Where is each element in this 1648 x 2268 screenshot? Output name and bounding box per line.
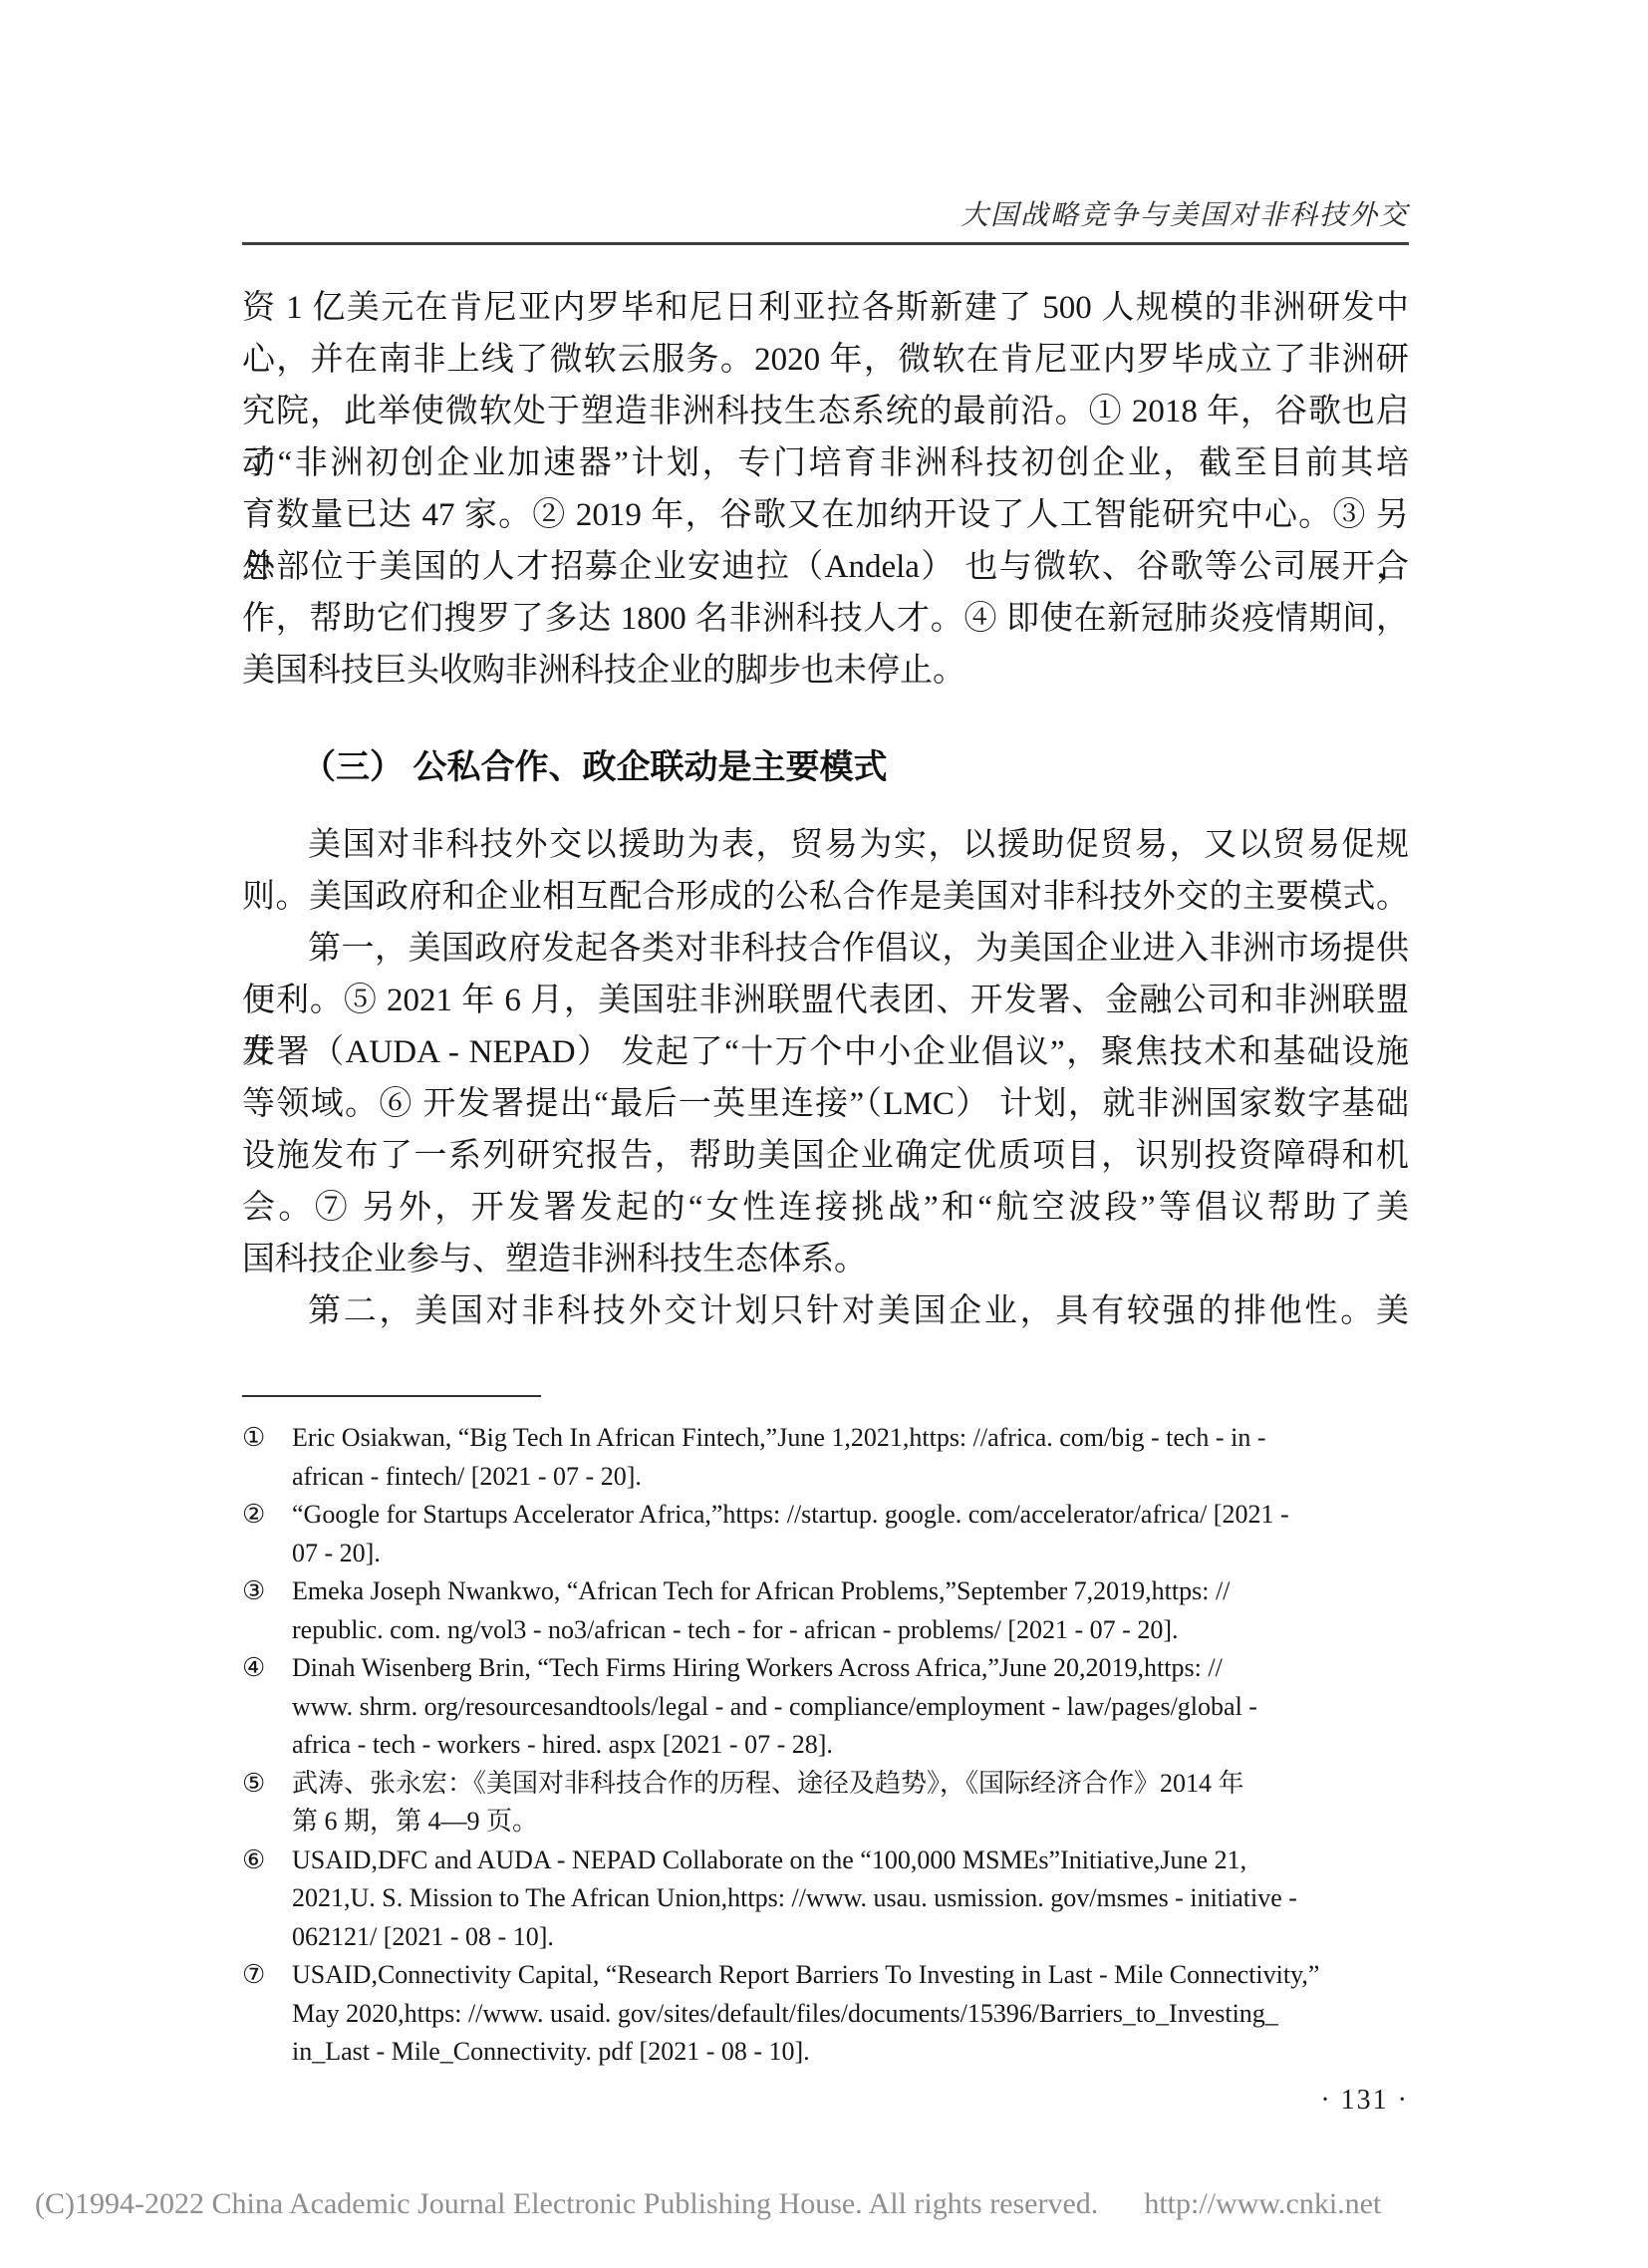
footnote-line: May 2020,https: //www. usaid. gov/sites/… [292,1995,1409,2034]
footnote: ③ Emeka Joseph Nwankwo, “African Tech fo… [242,1572,1409,1649]
header-divider [242,242,1409,245]
footnote-line: USAID,DFC and AUDA - NEPAD Collaborate o… [292,1842,1409,1880]
footnote-line: USAID,Connectivity Capital, “Research Re… [292,1956,1409,1995]
footnote: ② “Google for Startups Accelerator Afric… [242,1496,1409,1572]
footnote: ④ Dinah Wisenberg Brin, “Tech Firms Hiri… [242,1649,1409,1765]
body-line: 美国科技巨头收购非洲科技企业的脚步也未停止。 [242,645,1409,697]
body-line: 便利。⑤ 2021 年 6 月，美国驻非洲联盟代表团、开发署、金融公司和非洲联盟… [242,975,1409,1026]
footnote-marker: ⑦ [242,1956,265,1995]
footnote-marker: ③ [242,1572,265,1611]
footnote-marker: ④ [242,1649,265,1688]
copyright-text: (C)1994-2022 China Academic Journal Elec… [35,2187,1098,2220]
footnote-line: www. shrm. org/resourcesandtools/legal -… [292,1688,1409,1727]
footnote-line: Dinah Wisenberg Brin, “Tech Firms Hiring… [292,1649,1409,1688]
footnote-line: 武涛、张永宏：《美国对非科技合作的历程、途径及趋势》，《国际经济合作》2014 … [292,1765,1409,1804]
body-line: 发署（AUDA - NEPAD） 发起了“十万个中小企业倡议”，聚焦技术和基础设… [242,1026,1409,1078]
footnote: ⑦ USAID,Connectivity Capital, “Research … [242,1956,1409,2072]
footnote-line: Eric Osiakwan, “Big Tech In African Fint… [292,1419,1409,1458]
footnote: ① Eric Osiakwan, “Big Tech In African Fi… [242,1419,1409,1496]
footnote: ⑤ 武涛、张永宏：《美国对非科技合作的历程、途径及趋势》，《国际经济合作》201… [242,1765,1409,1842]
body-line: 究院，此举使微软处于塑造非洲科技生态系统的最前沿。① 2018 年，谷歌也启动 [242,386,1409,437]
footnote-marker: ⑥ [242,1842,265,1880]
footnote-marker: ② [242,1496,265,1535]
body-line: 等领域。⑥ 开发署提出“最后一英里连接”（LMC） 计划，就非洲国家数字基础 [242,1078,1409,1130]
body-line: 第二，美国对非科技外交计划只针对美国企业，具有较强的排他性。美 [242,1285,1409,1337]
body-line: 则。美国政府和企业相互配合形成的公私合作是美国对非科技外交的主要模式。 [242,871,1409,923]
footnote-marker: ⑤ [242,1765,265,1804]
footnote-line: 07 - 20]. [292,1535,1409,1573]
footnote-line: 062121/ [2021 - 08 - 10]. [292,1918,1409,1957]
footnote-line: african - fintech/ [2021 - 07 - 20]. [292,1458,1409,1497]
footnote: ⑥ USAID,DFC and AUDA - NEPAD Collaborate… [242,1842,1409,1957]
journal-page: 大国战略竞争与美国对非科技外交 资 1 亿美元在肯尼亚内罗毕和尼日利亚拉各斯新建… [0,0,1648,2268]
article-body: 资 1 亿美元在肯尼亚内罗毕和尼日利亚拉各斯新建了 500 人规模的非洲研发中 … [242,282,1409,1337]
footnote-divider [242,1395,541,1397]
footnote-line: republic. com. ng/vol3 - no3/african - t… [292,1611,1409,1650]
body-line: 作，帮助它们搜罗了多达 1800 名非洲科技人才。④ 即使在新冠肺炎疫情期间， [242,593,1409,645]
body-line: 了“非洲初创企业加速器”计划，专门培育非洲科技初创企业，截至目前其培 [242,437,1409,489]
body-line: 资 1 亿美元在肯尼亚内罗毕和尼日利亚拉各斯新建了 500 人规模的非洲研发中 [242,282,1409,334]
body-line: 总部位于美国的人才招募企业安迪拉（Andela） 也与微软、谷歌等公司展开合 [242,541,1409,593]
page-number: · 131 · [1320,2085,1409,2117]
body-line: 会。⑦ 另外，开发署发起的“女性连接挑战”和“航空波段”等倡议帮助了美 [242,1182,1409,1234]
footnote-line: africa - tech - workers - hired. aspx [2… [292,1726,1409,1765]
body-line: 第一，美国政府发起各类对非科技合作倡议，为美国企业进入非洲市场提供 [242,923,1409,975]
footnote-line: in_Last - Mile_Connectivity. pdf [2021 -… [292,2033,1409,2072]
body-line: 育数量已达 47 家。② 2019 年，谷歌又在加纳开设了人工智能研究中心。③ … [242,489,1409,541]
running-head-title: 大国战略竞争与美国对非科技外交 [961,193,1409,233]
body-line: 设施发布了一系列研究报告，帮助美国企业确定优质项目，识别投资障碍和机 [242,1130,1409,1182]
cnki-url: http://www.cnki.net [1144,2187,1381,2220]
copyright-notice: (C)1994-2022 China Academic Journal Elec… [35,2187,1609,2221]
section-heading: （三） 公私合作、政企联动是主要模式 [242,741,1409,793]
body-line: 国科技企业参与、塑造非洲科技生态体系。 [242,1234,1409,1285]
footnote-line: 2021,U. S. Mission to The African Union,… [292,1879,1409,1918]
body-line: 美国对非科技外交以援助为表，贸易为实，以援助促贸易，又以贸易促规 [242,819,1409,871]
body-line: 心，并在南非上线了微软云服务。2020 年，微软在肯尼亚内罗毕成立了非洲研 [242,334,1409,386]
footnote-marker: ① [242,1419,265,1458]
footnote-line: Emeka Joseph Nwankwo, “African Tech for … [292,1572,1409,1611]
footnote-line: 第 6 期，第 4—9 页。 [292,1803,1409,1842]
footnote-line: “Google for Startups Accelerator Africa,… [292,1496,1409,1535]
footnotes: ① Eric Osiakwan, “Big Tech In African Fi… [242,1419,1409,2072]
